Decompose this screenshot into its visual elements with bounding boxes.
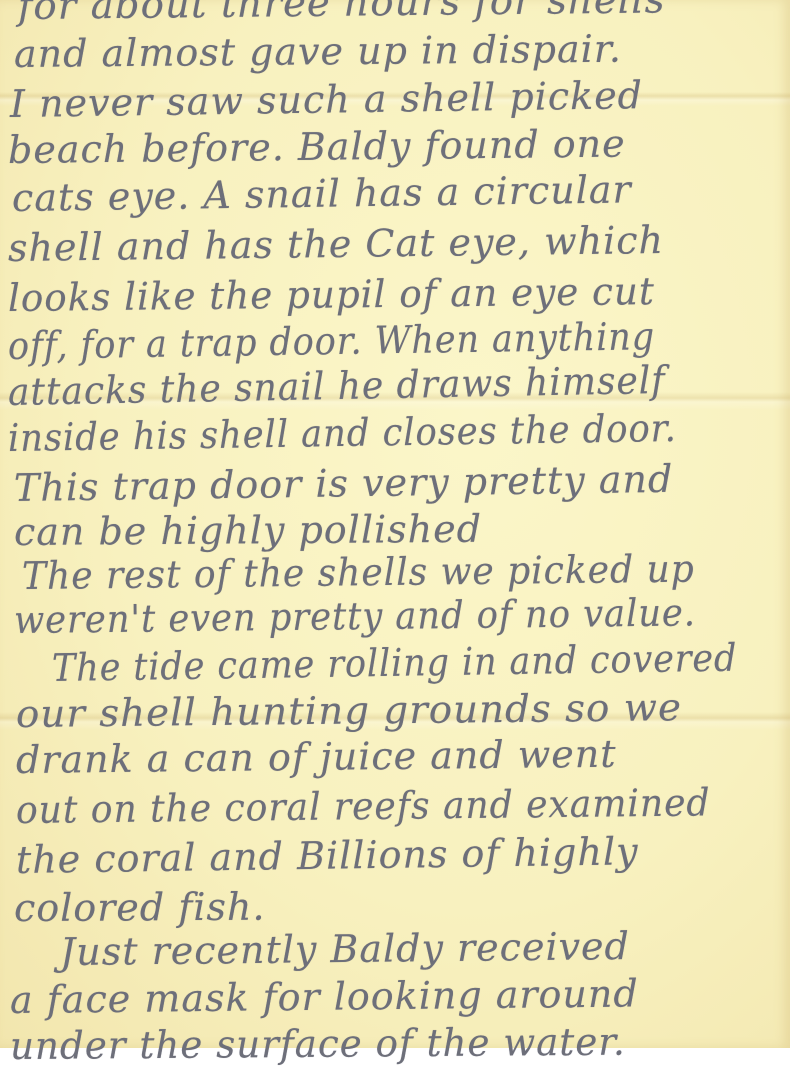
text-line: attacks the snail he draws himself	[8, 360, 666, 412]
text-line: looks like the pupil of an eye cut	[8, 271, 655, 318]
text-line: our shell hunting grounds so we	[16, 687, 682, 734]
text-line: out on the coral reefs and examined	[16, 782, 711, 830]
text-line: under the surface of the water.	[10, 1022, 626, 1048]
text-line: Just recently Baldy received	[60, 926, 630, 972]
text-line: This trap door is very pretty and	[14, 459, 674, 508]
text-line: and almost gave up in dispair.	[14, 29, 622, 74]
text-line: the coral and Billions of highly	[16, 831, 639, 880]
letter-page: for about three hours for shells and alm…	[0, 0, 790, 1048]
text-line: for about three hours for shells	[18, 0, 666, 26]
handwritten-text: for about three hours for shells and alm…	[0, 0, 790, 1048]
text-line: I never saw such a shell picked	[10, 75, 644, 124]
text-line: drank a can of juice and went	[16, 734, 617, 780]
text-line: The tide came rolling in and covered	[52, 638, 738, 688]
text-line: beach before. Baldy found one	[8, 124, 626, 170]
text-line: inside his shell and closes the door.	[8, 408, 677, 458]
scan-margin	[790, 0, 800, 1048]
text-line: shell and has the Cat eye, which	[8, 220, 664, 268]
text-line: cats eye. A snail has a circular	[12, 169, 632, 218]
text-line: weren't even pretty and of no value.	[14, 592, 696, 640]
text-line: colored fish.	[14, 887, 266, 928]
text-line: The rest of the shells we picked up	[22, 549, 695, 596]
text-line: off, for a trap door. When anything	[8, 316, 656, 366]
text-line: a face mask for looking around	[10, 973, 639, 1020]
text-line: can be highly pollished	[14, 509, 482, 552]
